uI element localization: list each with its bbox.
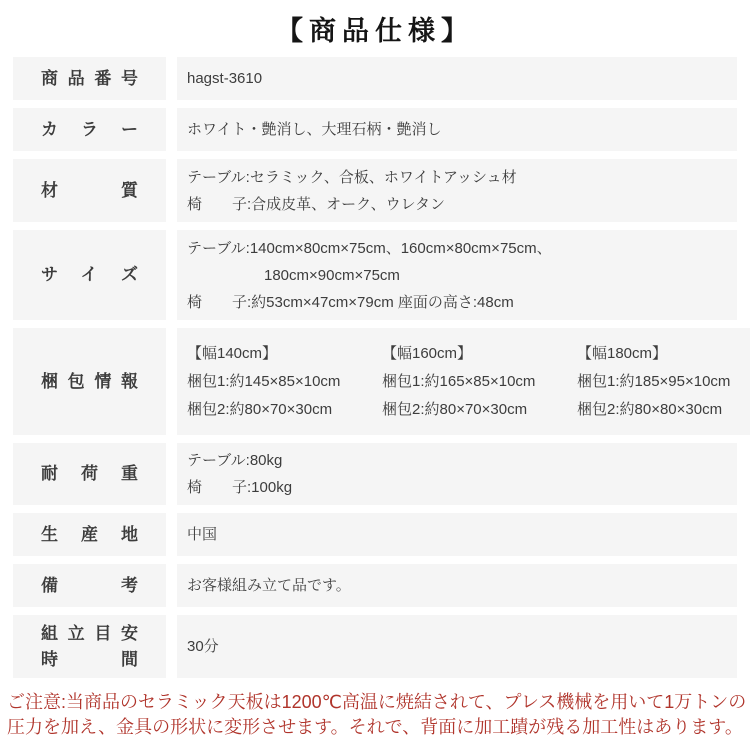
packing-180-header: 【幅180cm】 (577, 340, 750, 368)
color-value-cell: ホワイト・艶消し、大理石柄・艶消し (177, 108, 737, 151)
material-chair-line: 椅 子:合成皮革、オーク、ウレタン (187, 191, 727, 218)
color-label-cell: カラー (13, 108, 166, 151)
material-label-cell: 材質 (13, 159, 166, 222)
packing-160-box-1: 梱包1:約165×85×10cm (382, 368, 564, 396)
remarks-value: お客様組み立て品です。 (187, 572, 727, 599)
packing-180-box-2: 梱包2:約80×80×30cm (577, 396, 750, 424)
caution-note: ご注意:当商品のセラミック天板は1200℃高温に焼結されて、プレス機械を用いて1… (7, 690, 742, 740)
material-table-line: テーブル:セラミック、合板、ホワイトアッシュ材 (187, 164, 727, 191)
packing-180-box-1: 梱包1:約185×95×10cm (577, 368, 750, 396)
material-label: 材質 (41, 178, 138, 204)
remarks-label: 備考 (41, 573, 138, 599)
load-capacity-label-cell: 耐荷重 (13, 443, 166, 505)
packing-label-cell: 梱包情報 (13, 328, 166, 435)
load-capacity-label: 耐荷重 (41, 461, 138, 487)
page-title: 【商品仕様】 (0, 0, 750, 55)
remarks-value-cell: お客様組み立て品です。 (177, 564, 737, 607)
size-table-line-1: テーブル:140cm×80cm×75cm、160cm×80cm×75cm、 (187, 235, 727, 262)
caution-note-line-1: ご注意:当商品のセラミック天板は1200℃高温に焼結されて、プレス機械を用いて1… (7, 690, 742, 715)
item-number-label: 商品番号 (41, 66, 138, 92)
item-number-value-cell: hagst-3610 (177, 57, 737, 100)
size-chair-line: 椅 子:約53cm×47cm×79cm 座面の高さ:48cm (187, 289, 727, 316)
size-label-cell: サイズ (13, 230, 166, 320)
origin-label: 生産地 (41, 522, 138, 548)
caution-note-line-2: 圧力を加え、金具の形状に変形させます。それで、背面に加工蹟が残る加工性はあります… (7, 715, 742, 740)
spec-table: 商品番号 hagst-3610 カラー ホワイト・艶消し、大理石柄・艶消し 材質… (13, 57, 737, 678)
size-label: サイズ (41, 262, 138, 288)
assembly-time-value-cell: 30分 (177, 615, 737, 678)
spec-row-remarks: 備考 お客様組み立て品です。 (13, 564, 737, 607)
origin-value: 中国 (187, 521, 727, 548)
load-capacity-table-line: テーブル:80kg (187, 447, 727, 474)
item-number-label-cell: 商品番号 (13, 57, 166, 100)
packing-140-box-1: 梱包1:約145×85×10cm (187, 368, 369, 396)
product-spec-page: 【商品仕様】 商品番号 hagst-3610 カラー ホワイト・艶消し、大理石柄… (0, 0, 750, 750)
packing-160-header: 【幅160cm】 (382, 340, 564, 368)
spec-row-packing: 梱包情報 【幅140cm】 梱包1:約145×85×10cm 梱包2:約80×7… (13, 328, 737, 435)
spec-row-item-number: 商品番号 hagst-3610 (13, 57, 737, 100)
color-value: ホワイト・艶消し、大理石柄・艶消し (187, 116, 727, 143)
packing-140-box-2: 梱包2:約80×70×30cm (187, 396, 369, 424)
load-capacity-value-cell: テーブル:80kg 椅 子:100kg (177, 443, 737, 505)
assembly-time-value: 30分 (187, 633, 727, 660)
assembly-time-label-line-1: 組立目安 (41, 621, 138, 647)
size-table-line-2: 180cm×90cm×75cm (187, 262, 727, 289)
spec-row-size: サイズ テーブル:140cm×80cm×75cm、160cm×80cm×75cm… (13, 230, 737, 320)
origin-value-cell: 中国 (177, 513, 737, 556)
packing-columns: 【幅140cm】 梱包1:約145×85×10cm 梱包2:約80×70×30c… (187, 340, 750, 424)
color-label: カラー (41, 117, 138, 143)
assembly-time-label: 組立目安 時間 (41, 621, 138, 673)
packing-column-180: 【幅180cm】 梱包1:約185×95×10cm 梱包2:約80×80×30c… (577, 340, 750, 424)
origin-label-cell: 生産地 (13, 513, 166, 556)
packing-140-header: 【幅140cm】 (187, 340, 369, 368)
assembly-time-label-line-2: 時間 (41, 647, 138, 673)
size-value-cell: テーブル:140cm×80cm×75cm、160cm×80cm×75cm、 18… (177, 230, 737, 320)
packing-column-160: 【幅160cm】 梱包1:約165×85×10cm 梱包2:約80×70×30c… (382, 340, 564, 424)
spec-row-material: 材質 テーブル:セラミック、合板、ホワイトアッシュ材 椅 子:合成皮革、オーク、… (13, 159, 737, 222)
item-number-value: hagst-3610 (187, 65, 727, 92)
packing-column-140: 【幅140cm】 梱包1:約145×85×10cm 梱包2:約80×70×30c… (187, 340, 369, 424)
packing-value-cell: 【幅140cm】 梱包1:約145×85×10cm 梱包2:約80×70×30c… (177, 328, 750, 435)
spec-row-color: カラー ホワイト・艶消し、大理石柄・艶消し (13, 108, 737, 151)
packing-160-box-2: 梱包2:約80×70×30cm (382, 396, 564, 424)
spec-row-origin: 生産地 中国 (13, 513, 737, 556)
assembly-time-label-cell: 組立目安 時間 (13, 615, 166, 678)
spec-row-load-capacity: 耐荷重 テーブル:80kg 椅 子:100kg (13, 443, 737, 505)
load-capacity-chair-line: 椅 子:100kg (187, 474, 727, 501)
packing-label: 梱包情報 (41, 369, 138, 395)
material-value-cell: テーブル:セラミック、合板、ホワイトアッシュ材 椅 子:合成皮革、オーク、ウレタ… (177, 159, 737, 222)
spec-row-assembly-time: 組立目安 時間 30分 (13, 615, 737, 678)
remarks-label-cell: 備考 (13, 564, 166, 607)
